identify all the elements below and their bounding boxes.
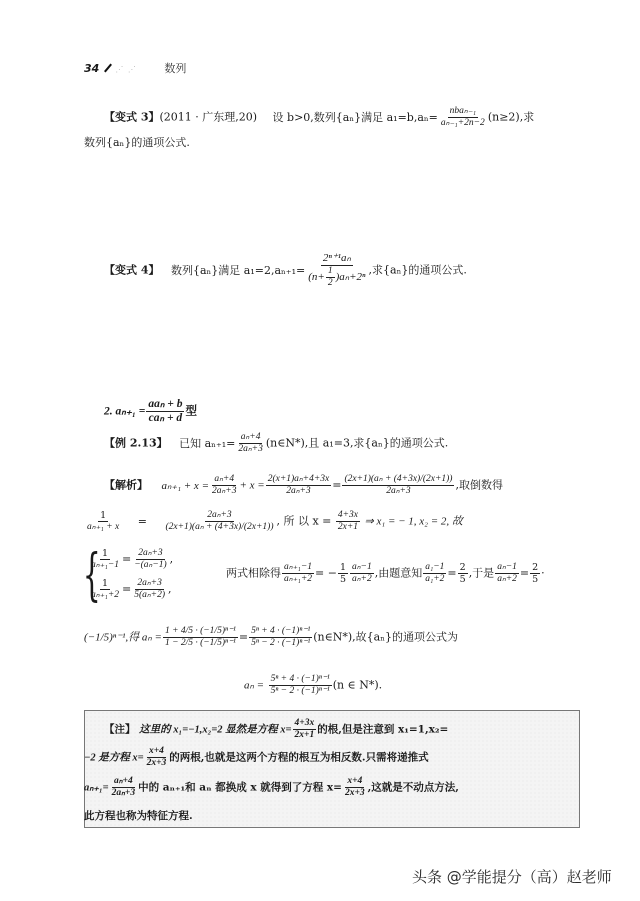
analysis-line1: 【解析】 aₙ₊₁ + x =aₙ+42aₙ+3+ x =2(x+1)aₙ+4+… [104,474,503,497]
variant3-text-a: 设 b>0,数列{aₙ}满足 a₁=b,aₙ= [273,111,438,124]
note-line4: 此方程也称为特征方程. [84,808,193,823]
page-header: 34⋰ ⋰ 数列 [84,60,186,76]
variant3-line2: 数列{aₙ}的通项公式. [84,134,190,150]
variant4-fraction: 2ⁿ⁺¹aₙ(n+12)aₙ+2ⁿ [306,252,367,289]
variant3-label: 【变式 3】 [104,111,159,124]
variant3-source: (2011 · 广东理,20) [159,111,257,124]
variant4-label: 【变式 4】 [104,264,159,277]
note-line3: aₙ₊₁=aₙ+42aₙ+3中的 aₙ₊₁和 aₙ 都换成 x 就得到了方程 x… [84,776,459,799]
variant3-text-b: (n≥2),求 [488,111,534,124]
page-number: 34 [84,62,99,75]
example-label: 【例 2.13】 [104,437,168,450]
analysis-line2: 1aₙ₊₁ + x = 2aₙ+3(2x+1)(aₙ + (4+3x)/(2x+… [84,510,463,533]
system-eq1: 1aₙ₊₁−1=2aₙ+3−(aₙ−1), [88,548,173,571]
analysis-label: 【解析】 [104,479,148,492]
analysis-result: aₙ = 5ⁿ + 4 · (−1)ⁿ⁻¹5ⁿ − 2 · (−1)ⁿ⁻¹(n … [244,674,382,697]
system-eq2: 1aₙ₊₁+2=2aₙ+35(aₙ+2), [88,578,172,601]
variant4-line: 【变式 4】 数列{aₙ}满足 a₁=2,aₙ₊₁=2ⁿ⁺¹aₙ(n+12)aₙ… [104,252,467,289]
analysis-line3: 两式相除得aₙ₊₁−1aₙ₊₁+2= −15aₙ−1aₙ+2,由题意知a₁−1a… [226,562,545,585]
note-label: 【注】 [104,724,136,736]
variant4-text-a: 数列{aₙ}满足 a₁=2,aₙ₊₁= [171,264,305,277]
variant3-fraction: nbaₙ₋₁aₙ₋₁+2n−2 [439,106,487,129]
section2-heading: 2. aₙ₊₁ =aaₙ + bcaₙ + d型 [104,398,197,425]
dots-ornament-icon: ⋰ ⋰ [115,65,137,74]
chapter-title: 数列 [164,62,186,75]
example-line: 【例 2.13】 已知 aₙ₊₁=aₙ+42aₙ+3(n∈N*),且 a₁=3,… [104,432,448,455]
note-line1: 【注】 这里的 x₁=−1,x₂=2 显然是方程 x=4+3x2x+1的根,但是… [104,718,448,741]
variant3-line1: 【变式 3】(2011 · 广东理,20) 设 b>0,数列{aₙ}满足 a₁=… [104,106,534,129]
note-line2: −2 是方程 x=x+42x+3的两根,也就是这两个方程的根互为相反数.只需将递… [84,746,429,769]
slash-ornament-icon [104,64,112,73]
analysis-line4: (−1/5)ⁿ⁻¹,得 aₙ =1 + 4/5 · (−1/5)ⁿ⁻¹1 − 2… [84,626,458,649]
variant4-text-b: ,求{aₙ}的通项公式. [369,264,467,277]
watermark: 头条 @学能提分（高）赵老师 [412,866,612,887]
